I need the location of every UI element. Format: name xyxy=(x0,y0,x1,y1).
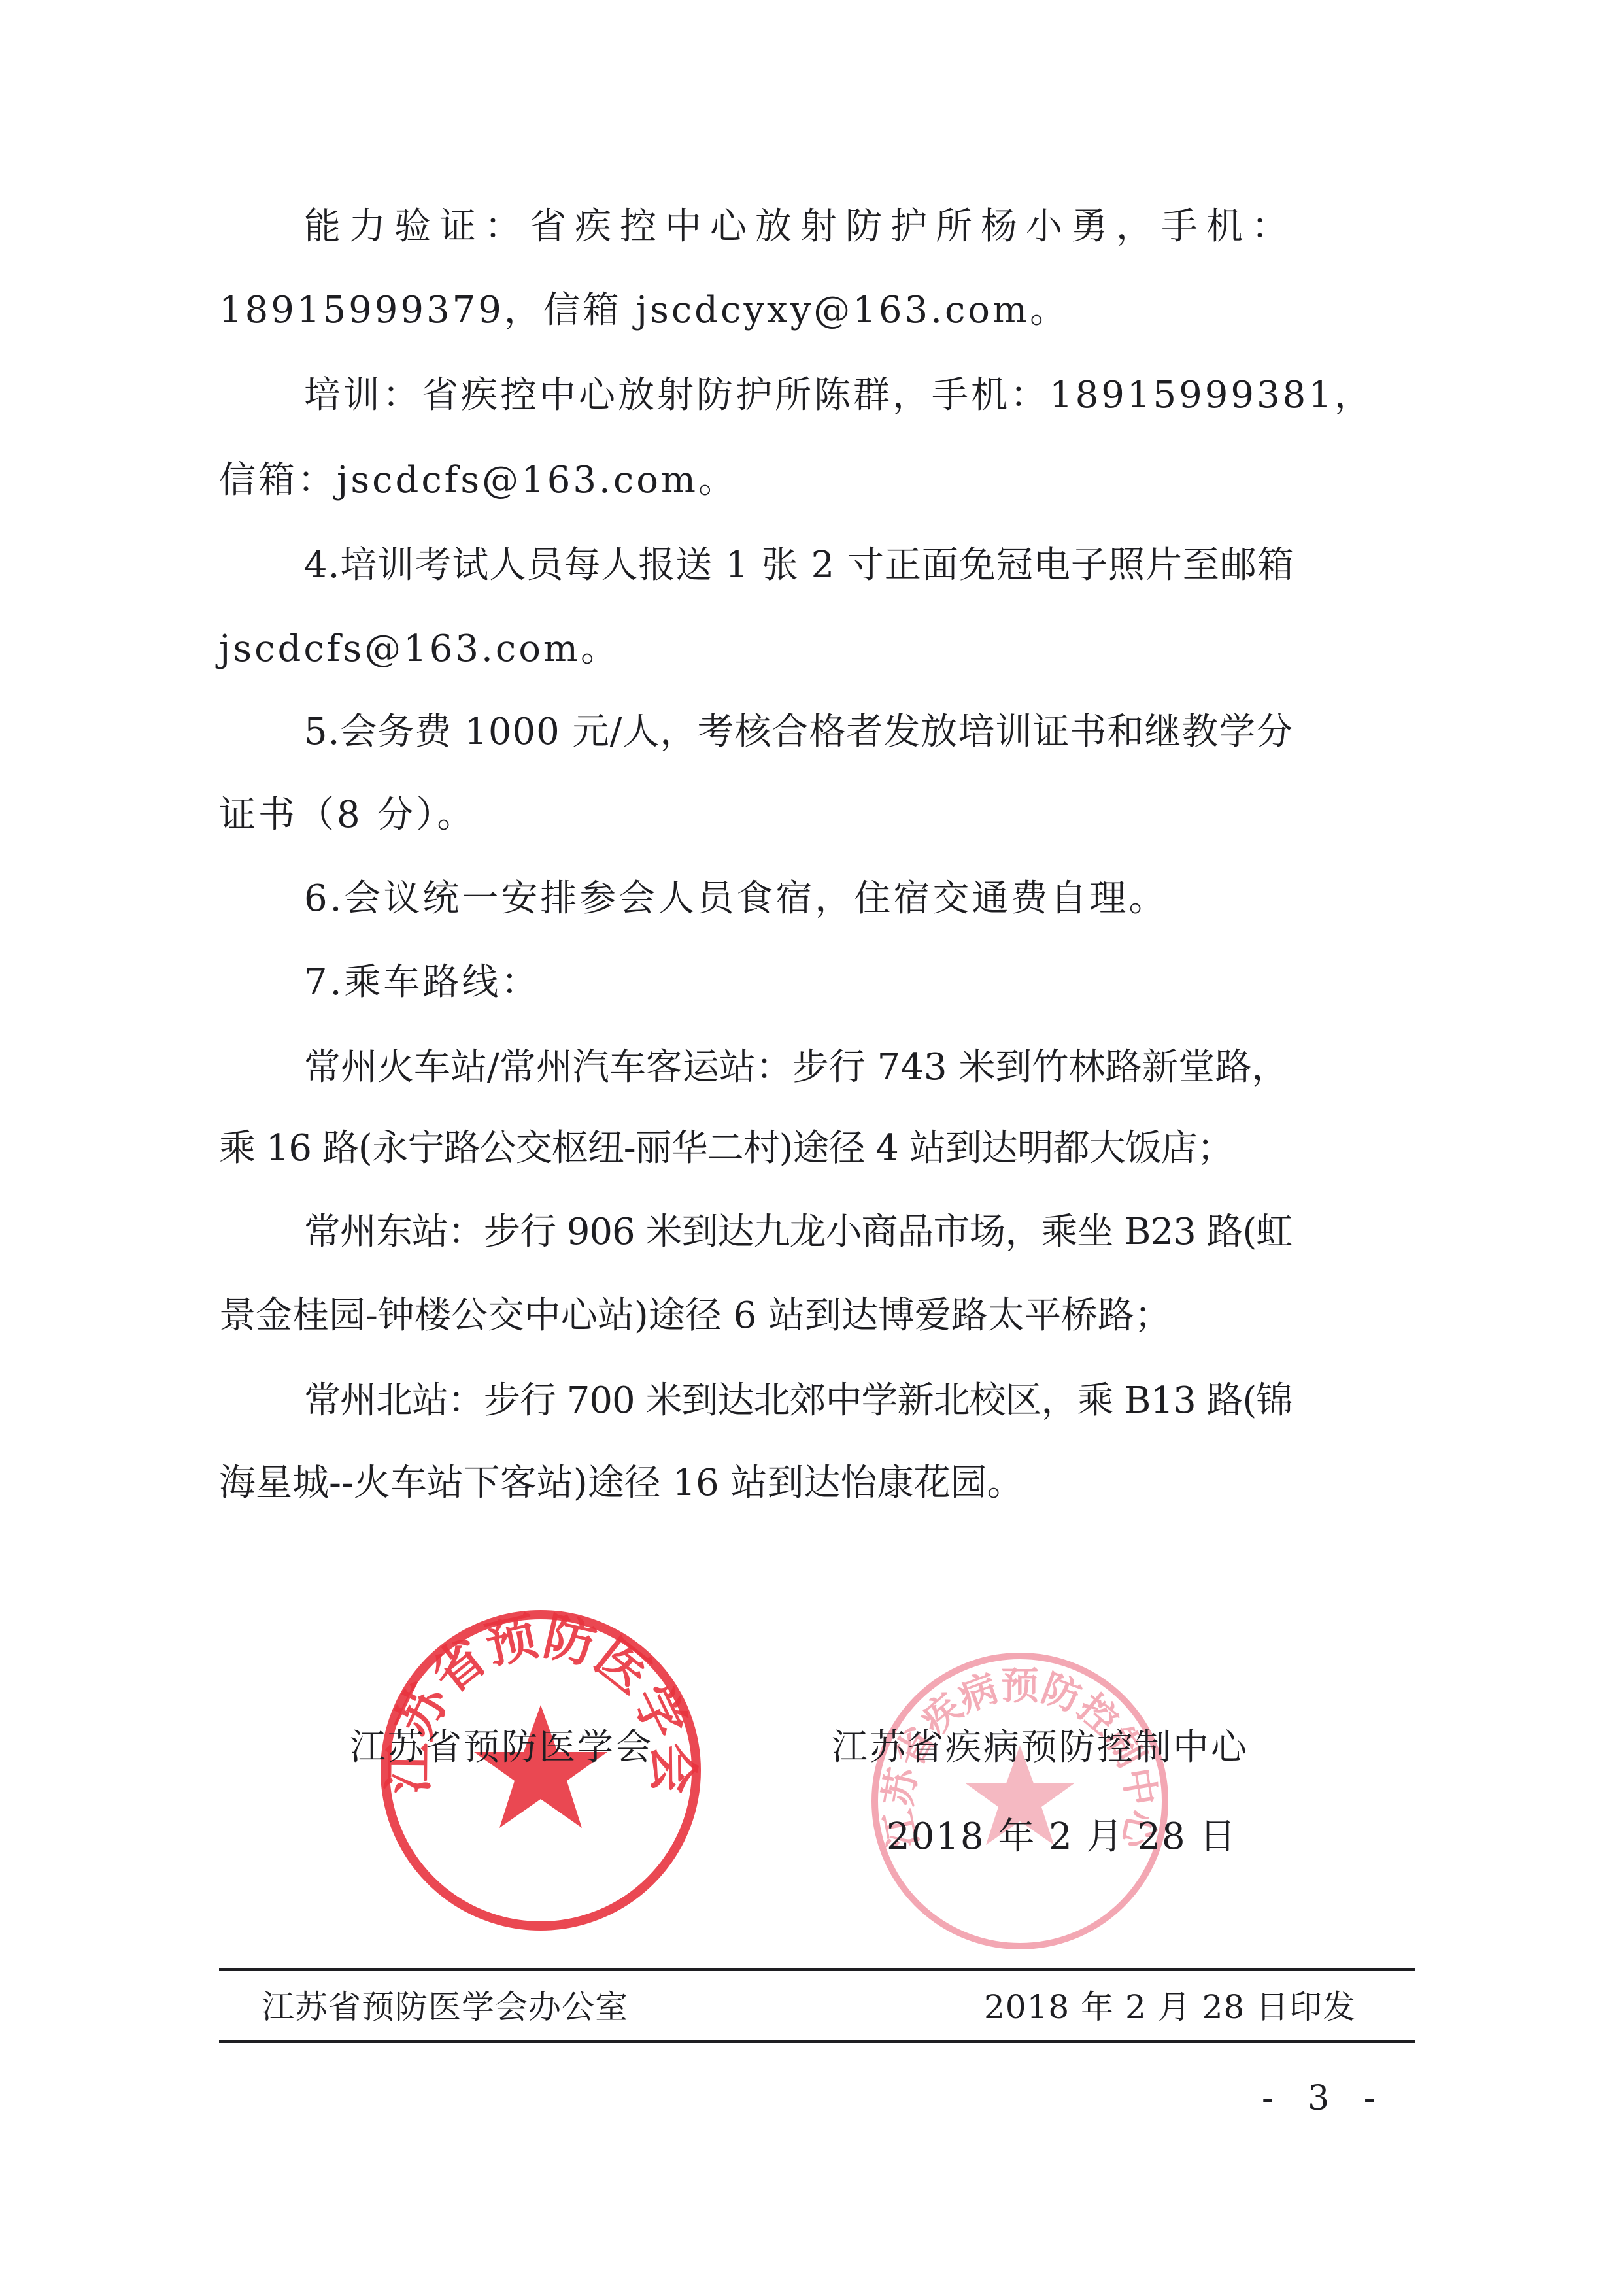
body-line-9: 6.会议统一安排参会人员食宿，住宿交通费自理。 xyxy=(304,876,1415,922)
body-line-11: 常州火车站/常州汽车客运站：步行 743 米到竹林路新堂路， xyxy=(304,1045,1415,1090)
footer-rule-bottom xyxy=(219,2040,1415,2043)
body-line-15: 常州北站：步行 700 米到达北郊中学新北校区，乘 B13 路(锦 xyxy=(304,1378,1415,1424)
body-line-14: 景金桂园-钟楼公交中心站)途径 6 站到达博爱路太平桥路； xyxy=(219,1293,1415,1339)
body-line-3: 培训：省疾控中心放射防护所陈群，手机：18915999381， xyxy=(304,373,1415,418)
body-line-1: 能力验证：省疾控中心放射防护所杨小勇，手机： xyxy=(304,204,1415,250)
body-line-2: 18915999379，信箱 jscdcyxy@163.com。 xyxy=(219,288,1415,333)
footer-issuer: 江苏省预防医学会办公室 xyxy=(262,1987,628,2027)
official-seal-icon: 江苏省疾病预防控制中心 xyxy=(866,1647,1174,1955)
body-line-7: 5.会务费 1000 元/人，考核合格者发放培训证书和继教学分 xyxy=(304,709,1415,755)
signature-date: 2018 年 2 月 28 日 xyxy=(887,1814,1237,1860)
body-line-12: 乘 16 路(永宁路公交枢纽-丽华二村)途径 4 站到达明都大饭店； xyxy=(219,1126,1415,1172)
seal-left: 江苏省预防医学会 xyxy=(377,1607,704,1934)
body-line-10: 7.乘车路线： xyxy=(304,960,1415,1005)
footer-rule-top xyxy=(219,1968,1415,1971)
signature-right-org: 江苏省疾病预防控制中心 xyxy=(832,1724,1249,1770)
official-seal-icon: 江苏省预防医学会 xyxy=(377,1607,704,1934)
body-line-4: 信箱：jscdcfs@163.com。 xyxy=(219,458,1415,503)
signature-left-org: 江苏省预防医学会 xyxy=(350,1724,653,1770)
body-line-13: 常州东站：步行 906 米到达九龙小商品市场，乘坐 B23 路(虹 xyxy=(304,1209,1415,1255)
body-line-5: 4.培训考试人员每人报送 1 张 2 寸正面免冠电子照片至邮箱 xyxy=(304,543,1415,588)
body-line-6: jscdcfs@163.com。 xyxy=(219,626,1415,672)
document-page: 能力验证：省疾控中心放射防护所杨小勇，手机： 18915999379，信箱 js… xyxy=(0,0,1624,2294)
body-line-8: 证书（8 分）。 xyxy=(219,792,1415,838)
body-line-16: 海星城--火车站下客站)途径 16 站到达怡康花园。 xyxy=(219,1460,1415,1506)
page-number: - 3 - xyxy=(1262,2079,1387,2118)
footer-issued-date: 2018 年 2 月 28 日印发 xyxy=(984,1987,1356,2027)
seal-right: 江苏省疾病预防控制中心 xyxy=(866,1647,1174,1955)
